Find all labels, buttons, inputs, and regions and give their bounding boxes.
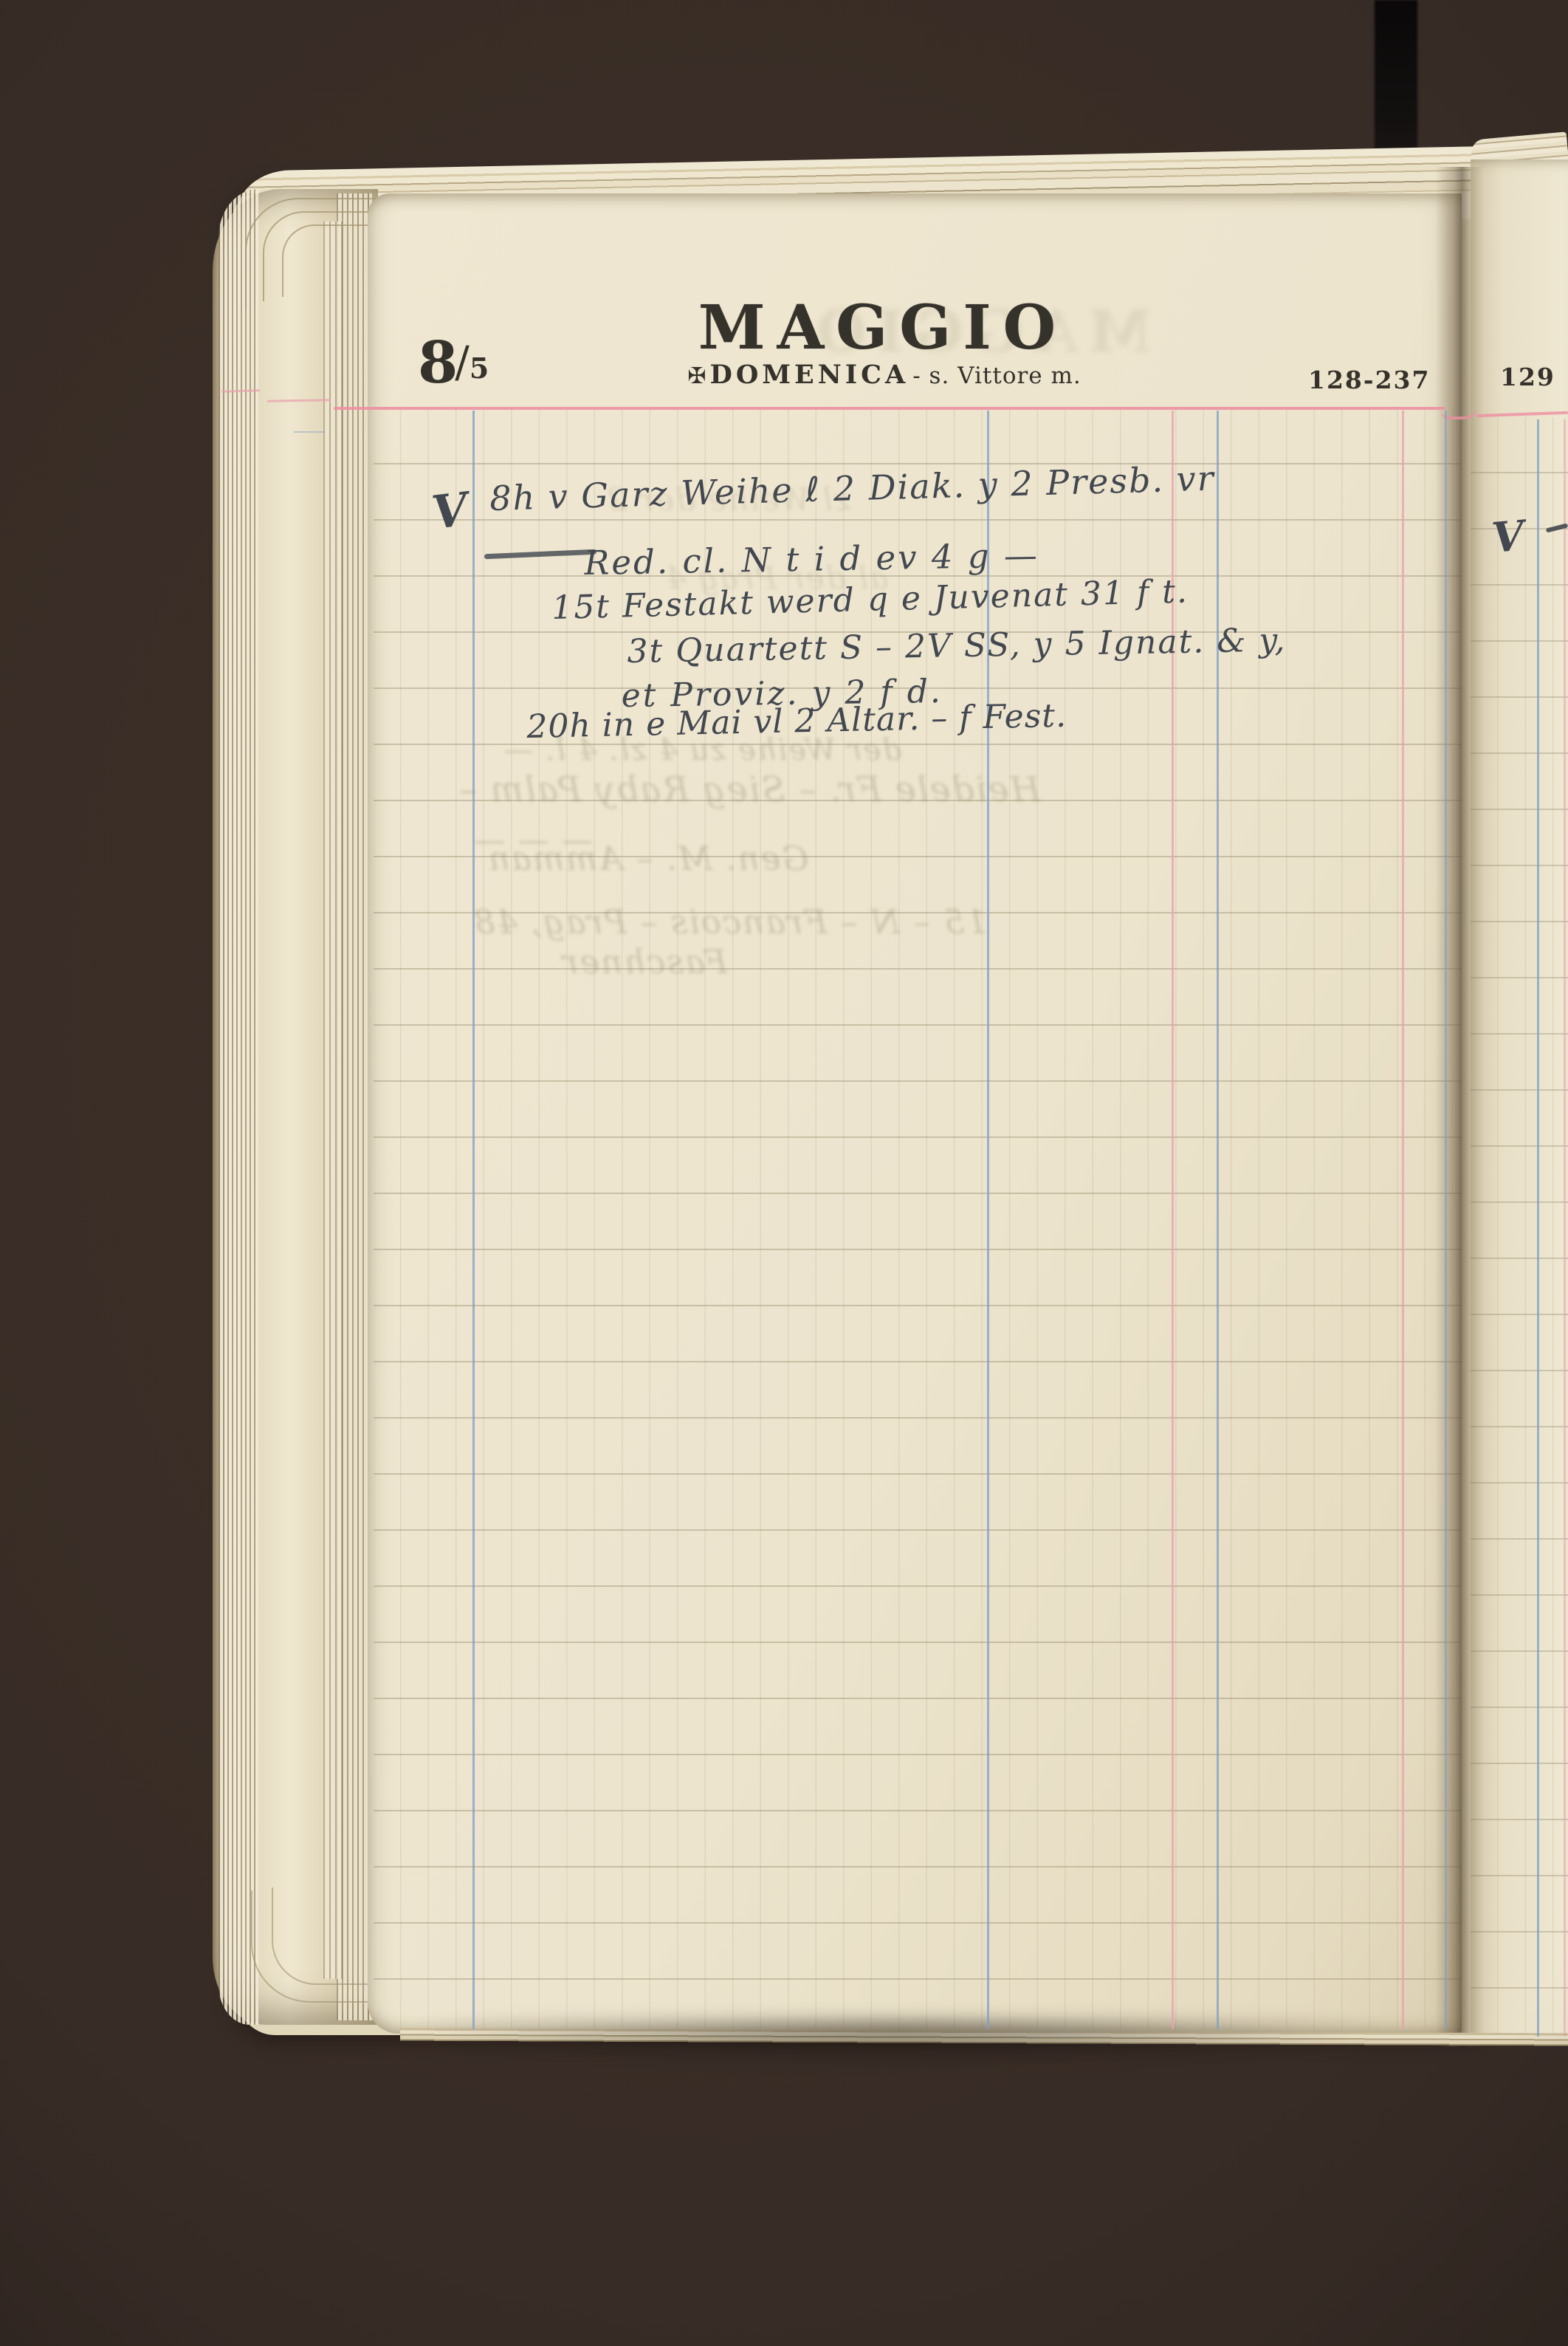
- header-rule-pink: [334, 407, 1445, 410]
- margin-line-blue: [1445, 411, 1447, 2029]
- weekday-name: DOMENICA: [709, 360, 909, 390]
- margin-line-pink: [1402, 411, 1404, 2029]
- checkmark: V: [429, 482, 471, 540]
- page-stack-left-edge: [213, 189, 378, 2025]
- page-stack-inner-edges: [323, 222, 343, 1979]
- diary-photo: MAGGIO MAGGIO 8/5 ✠ DOMENICA - s. Vittor…: [0, 0, 1568, 2346]
- saint-of-day: - s. Vittore m.: [912, 363, 1082, 389]
- ghost-line: Heidele Fr. – Sieg Raby Palm –: [458, 769, 1040, 810]
- month-title: MAGGIO: [694, 292, 1072, 363]
- next-page-ref: 129: [1500, 363, 1555, 391]
- page-ref: 128-237: [1308, 366, 1430, 394]
- ghost-line: der Weihe zu 4 zl. 4 l. —: [502, 733, 901, 767]
- margin-line-pink-right-page: [1564, 419, 1566, 2037]
- day-number: 8: [418, 329, 458, 397]
- day-date: 8/5: [418, 329, 489, 397]
- weekday-number: 5: [470, 351, 489, 385]
- day-separator: /: [455, 337, 470, 387]
- diary-page-right: [1471, 160, 1568, 2044]
- cross-icon: ✠: [687, 363, 706, 389]
- ghost-line: Gen. M. – Amman: [487, 839, 808, 878]
- book-drop-shadow: [221, 2022, 1568, 2076]
- gutter-shadow: [1435, 167, 1484, 2047]
- margin-line-blue-right-page: [1537, 419, 1539, 2037]
- graph-grid: [1471, 417, 1568, 2037]
- ghost-line: Faschner: [561, 942, 727, 981]
- checkmark-right-page: V: [1490, 511, 1526, 563]
- ghost-line: zl Weihe der 2: [605, 481, 850, 518]
- edge-rule-tick: [294, 431, 325, 433]
- ghost-line: al der Prag 4: [664, 560, 888, 596]
- margin-line-blue: [472, 411, 475, 2029]
- weekday-line: ✠ DOMENICA - s. Vittore m.: [685, 360, 1084, 390]
- ghost-line: 15 – N – Francois – Prag, 48: [472, 902, 988, 942]
